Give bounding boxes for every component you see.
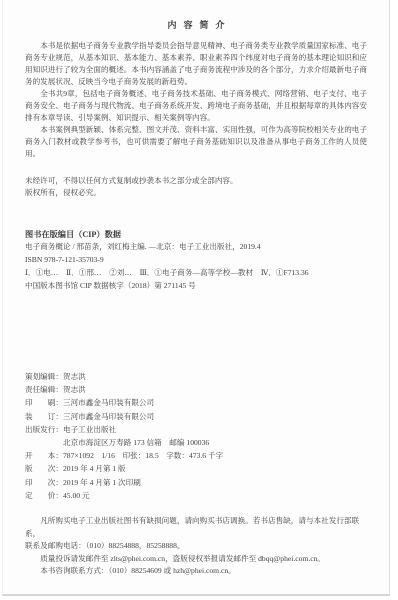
purchase-contact-section: 凡所购买电子工业出版社图书有缺损问题，请向购买书店调换。若书店售缺，请与本社发行… (25, 515, 367, 578)
row-label: 印 刷： (25, 396, 63, 409)
cip-data-section: 图书在版编目（CIP）数据 电子商务概论 / 邢苗条，刘红梅主编. —北京：电子… (25, 229, 367, 292)
row-value: 电子工业出版社 (63, 425, 116, 434)
colophon-row-format: 开 本：787×1092 1/16 印张：18.5 字数：473.6 千字 (25, 449, 367, 462)
footer-line-complaint-email: 质量投诉请发邮件至 zlts@phei.com.cn，盗版侵权举报请发邮件至 d… (25, 553, 367, 566)
book-copyright-page: 内容简介 本书是依据电子商务专业教学指导委员会指导意见精神、电子商务类专业教学质… (2, 0, 390, 596)
row-value: 2019 年 4 月第 1 版 (63, 464, 126, 473)
colophon-row-price: 定 价：45.00 元 (25, 489, 367, 502)
copyright-notice: 版权所有，侵权必究。 (25, 187, 367, 199)
row-label: 开 本： (25, 449, 63, 462)
cip-classification-line: Ⅰ．①电… Ⅱ．①邢… ②刘… Ⅲ．①电子商务—高等学校—教材 Ⅳ．①F713.… (25, 266, 367, 279)
row-value: 贺志洪 (63, 372, 86, 381)
content-summary-title: 内容简介 (25, 18, 367, 31)
row-value: 北京市海淀区万寿路 173 信箱 邮编 100036 (63, 438, 209, 447)
row-label: 版 次： (25, 462, 63, 475)
row-value: 三河市鑫金马印装有限公司 (63, 412, 154, 421)
no-reproduction-notice: 未经许可，不得以任何方式复制或抄袭本书之部分或全部内容。 (25, 175, 367, 187)
summary-paragraph-2: 全书共9章，包括电子商务概述、电子商务技术基础、电子商务模式、网络营销、电子支付… (25, 88, 367, 124)
colophon-row-publisher: 出版发行：电子工业出版社 (25, 423, 367, 436)
colophon-row-edition: 版 次：2019 年 4 月第 1 版 (25, 462, 367, 475)
footer-line-exchange: 凡所购买电子工业出版社图书有缺损问题，请向购买书店调换。若书店售缺，请与本社发行… (25, 515, 367, 540)
colophon-row-planning-editor: 策划编辑：贺志洪 (25, 370, 367, 383)
colophon-row-responsible-editor: 责任编辑：贺志洪 (25, 383, 367, 396)
colophon-section: 策划编辑：贺志洪 责任编辑：贺志洪 印 刷：三河市鑫金马印装有限公司 装 订：三… (25, 370, 367, 502)
footer-line-consult-contact: 本书咨询联系方式：（010）88254609 或 hzh@phei.com.cn… (25, 565, 367, 578)
row-label: 定 价： (25, 489, 63, 502)
summary-paragraph-3: 本书案例典型新颖、体系完整、图文并茂、资料丰富、实用性强，可作为高等院校相关专业… (25, 124, 367, 160)
colophon-row-printing: 印 次：2019 年 4 月第 1 次印刷 (25, 476, 367, 489)
cip-record-number-line: 中国版本图书馆 CIP 数据核字（2018）第 271145 号 (25, 279, 367, 292)
row-label: 印 次： (25, 476, 63, 489)
row-value: 2019 年 4 月第 1 次印刷 (63, 478, 141, 487)
row-value: 787×1092 1/16 印张：18.5 字数：473.6 千字 (63, 451, 223, 460)
cip-heading: 图书在版编目（CIP）数据 (25, 229, 367, 240)
colophon-row-binder: 装 订：三河市鑫金马印装有限公司 (25, 410, 367, 423)
row-label: 策划编辑： (25, 370, 63, 383)
colophon-row-printer: 印 刷：三河市鑫金马印装有限公司 (25, 396, 367, 409)
footer-line-phone: 联系及邮购电话：（010）88254888，85258888。 (25, 540, 367, 553)
cip-isbn-line: ISBN 978-7-121-35703-9 (25, 253, 367, 266)
cip-title-line: 电子商务概论 / 邢苗条，刘红梅主编. —北京：电子工业出版社，2019.4 (25, 240, 367, 253)
row-value: 45.00 元 (63, 491, 90, 500)
row-value: 贺志洪 (63, 385, 86, 394)
row-label: 装 订： (25, 410, 63, 423)
row-label: 责任编辑： (25, 383, 63, 396)
content-summary-section: 内容简介 本书是依据电子商务专业教学指导委员会指导意见精神、电子商务类专业教学质… (25, 18, 367, 199)
summary-paragraph-1: 本书是依据电子商务专业教学指导委员会指导意见精神、电子商务类专业教学质量国家标准… (25, 40, 367, 88)
colophon-row-publisher-address: 北京市海淀区万寿路 173 信箱 邮编 100036 (25, 436, 367, 449)
row-label: 出版发行： (25, 423, 63, 436)
row-value: 三河市鑫金马印装有限公司 (63, 398, 154, 407)
